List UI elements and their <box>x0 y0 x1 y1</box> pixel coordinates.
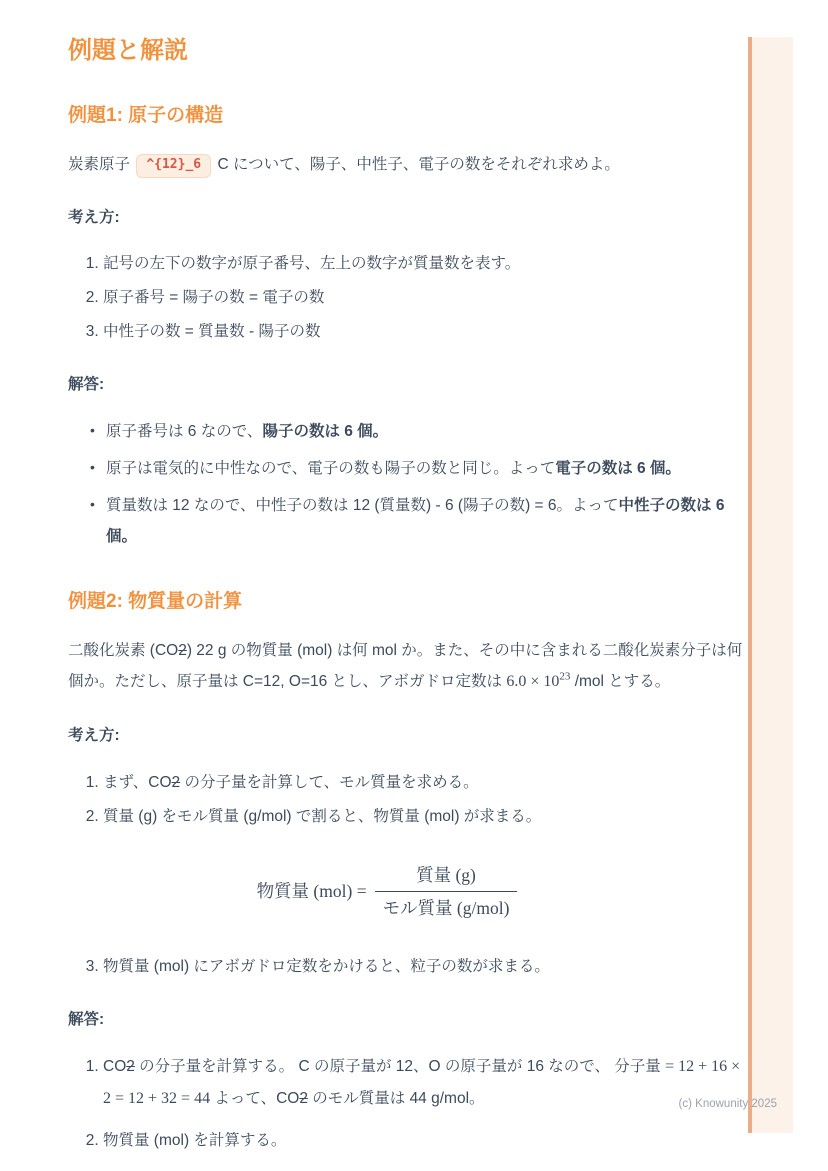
list-item: 原子番号は 6 なので、陽子の数は 6 個。 <box>106 416 746 447</box>
fraction-numerator: 質量 (g) <box>375 862 518 892</box>
example2-approach-list-continued: 物質量 (mol) にアボガドロ定数をかけると、粒子の数が求まる。 <box>68 951 746 982</box>
subscript-strike: 2 <box>178 642 187 659</box>
math-exponent: 23 <box>559 671 570 683</box>
list-item: 物質量 (mol) にアボガドロ定数をかけると、粒子の数が求まる。 <box>103 951 746 982</box>
example1-heading: 例題1: 原子の構造 <box>68 104 746 129</box>
answer-text: 質量数は 12 なので、中性子の数は 12 (質量数) - 6 (陽子の数) =… <box>106 497 619 514</box>
list-item: 原子は電気的に中性なので、電子の数も陽子の数と同じ。よって電子の数は 6 個。 <box>106 453 746 484</box>
example2-answer-label: 解答: <box>68 1008 746 1033</box>
answer-text: CO <box>103 1058 126 1075</box>
list-item: 記号の左下の数字が原子番号、左上の数字が質量数を表す。 <box>103 248 746 279</box>
problem-text: /mol とする。 <box>570 673 670 690</box>
list-item: CO2 の分子量を計算する。 C の原子量が 12、O の原子量が 16 なので… <box>103 1051 746 1115</box>
example1-problem: 炭素原子 ^{12}_6 C について、陽子、中性子、電子の数をそれぞれ求めよ。 <box>68 149 746 180</box>
list-item: 原子番号 = 陽子の数 = 電子の数 <box>103 282 746 313</box>
example1-section: 例題1: 原子の構造 炭素原子 ^{12}_6 C について、陽子、中性子、電子… <box>68 104 746 552</box>
subscript-strike: 2 <box>299 1090 308 1107</box>
answer-text: の分子量を計算する。 C の原子量が 12、O の原子量が 16 なので、 分子… <box>135 1058 665 1075</box>
answer-text: よって、CO <box>210 1090 299 1107</box>
page-title: 例題と解説 <box>68 36 746 66</box>
list-item: 中性子の数 = 質量数 - 陽子の数 <box>103 316 746 347</box>
example2-section: 例題2: 物質量の計算 二酸化炭素 (CO2) 22 g の物質量 (mol) … <box>68 590 746 1156</box>
document-page: 例題と解説 例題1: 原子の構造 炭素原子 ^{12}_6 C について、陽子、… <box>0 0 828 1171</box>
problem-text: 二酸化炭素 (CO <box>68 642 178 659</box>
answer-text: のモル質量は 44 g/mol。 <box>308 1090 485 1107</box>
answer-bold: 陽子の数は 6 個。 <box>262 423 388 440</box>
list-item: まず、CO2 の分子量を計算して、モル質量を求める。 <box>103 767 746 798</box>
copyright-footer: (c) Knowunity 2025 <box>679 1098 777 1110</box>
example1-answer-label: 解答: <box>68 373 746 398</box>
answer-text: 原子番号は 6 なので、 <box>106 423 262 440</box>
example2-heading: 例題2: 物質量の計算 <box>68 590 746 615</box>
fraction-denominator: モル質量 (g/mol) <box>375 892 518 921</box>
mol-formula: 物質量 (mol) = 質量 (g) モル質量 (g/mol) <box>68 862 706 922</box>
problem-text-before: 炭素原子 <box>68 156 130 173</box>
isotope-notation-code: ^{12}_6 <box>136 154 211 178</box>
list-item: 質量 (g) をモル質量 (g/mol) で割ると、物質量 (mol) が求まる… <box>103 801 746 832</box>
formula-lhs: 物質量 (mol) = <box>257 878 367 904</box>
avogadro-math: 6.0 × 1023 <box>506 673 570 690</box>
example1-approach-label: 考え方: <box>68 206 746 231</box>
answer-text: 原子は電気的に中性なので、電子の数も陽子の数と同じ。よって <box>106 460 555 477</box>
list-item: 物質量 (mol) を計算する。 <box>103 1125 746 1156</box>
example2-answer-list: CO2 の分子量を計算する。 C の原子量が 12、O の原子量が 16 なので… <box>68 1051 746 1156</box>
answer-bold: 電子の数は 6 個。 <box>555 460 681 477</box>
right-accent-bar <box>748 37 793 1133</box>
formula-fraction: 質量 (g) モル質量 (g/mol) <box>375 862 518 922</box>
math-base: 6.0 × 10 <box>506 673 559 690</box>
example2-problem: 二酸化炭素 (CO2) 22 g の物質量 (mol) は何 mol か。また、… <box>68 635 746 698</box>
example2-approach-list: まず、CO2 の分子量を計算して、モル質量を求める。 質量 (g) をモル質量 … <box>68 767 746 832</box>
subscript-strike: 2 <box>126 1058 135 1075</box>
example1-approach-list: 記号の左下の数字が原子番号、左上の数字が質量数を表す。 原子番号 = 陽子の数 … <box>68 248 746 347</box>
list-item: 質量数は 12 なので、中性子の数は 12 (質量数) - 6 (陽子の数) =… <box>106 490 746 552</box>
subscript-strike: 2 <box>172 774 181 791</box>
document-content: 例題と解説 例題1: 原子の構造 炭素原子 ^{12}_6 C について、陽子、… <box>68 0 746 1159</box>
problem-text-after: C について、陽子、中性子、電子の数をそれぞれ求めよ。 <box>217 156 619 173</box>
example2-approach-label: 考え方: <box>68 724 746 749</box>
approach-text: まず、CO <box>103 774 172 791</box>
example1-answer-list: 原子番号は 6 なので、陽子の数は 6 個。 原子は電気的に中性なので、電子の数… <box>68 416 746 552</box>
approach-text: の分子量を計算して、モル質量を求める。 <box>180 774 479 791</box>
